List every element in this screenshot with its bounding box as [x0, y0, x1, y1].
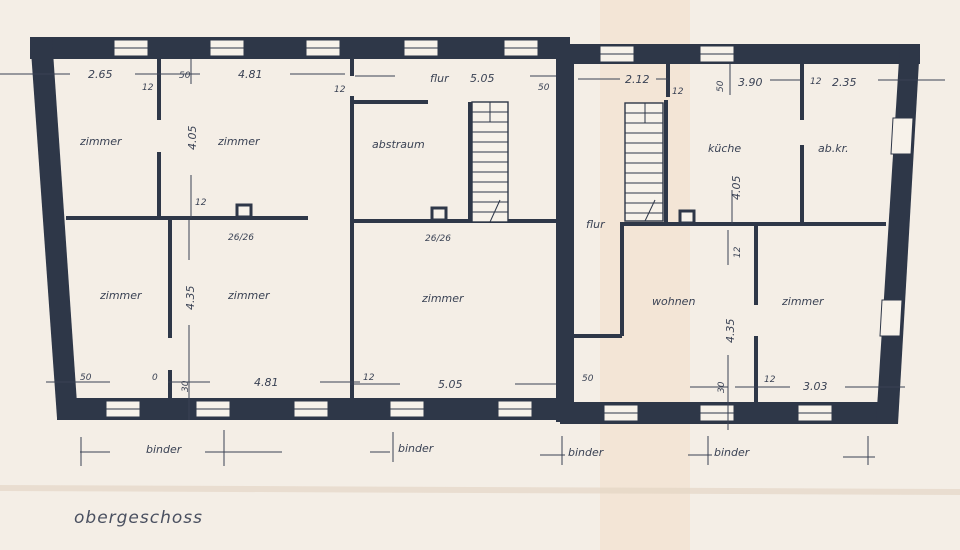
dim-east-bottom-30: 30 — [717, 381, 727, 393]
dim-east-wall-12: 12 — [810, 77, 822, 87]
dim-east-height-upper: 4.05 — [730, 176, 743, 201]
dim-east-bottom-50: 50 — [582, 374, 594, 384]
beam-label: binder — [398, 442, 435, 455]
stairs-west — [472, 102, 508, 222]
dim-east-height-lower: 4.35 — [724, 319, 737, 344]
floor-plan: zimmer zimmer abstraum zimmer zimmer zim… — [0, 0, 960, 550]
room-label-zimmer-sw-large: zimmer — [227, 289, 271, 302]
dim-flur-wall-50: 50 — [538, 83, 550, 93]
room-label-zimmer-sw-small: zimmer — [99, 289, 143, 302]
dim-east-bottom-12: 12 — [764, 375, 776, 385]
paper-fold — [0, 488, 960, 492]
dim-top-mid-width: 4.81 — [238, 68, 263, 81]
room-label-wohnen: wohnen — [652, 295, 695, 308]
dim-bottom-mid-wall: 12 — [363, 373, 375, 383]
dim-west-height-lower: 4.35 — [184, 286, 197, 311]
beam-label: binder — [568, 446, 605, 459]
dim-flur-width: 5.05 — [470, 72, 495, 85]
dim-top-wall-50: 50 — [179, 71, 191, 81]
room-label-kueche: küche — [708, 142, 741, 155]
dim-east-bottom-width: 3.03 — [803, 380, 828, 393]
beam-label: binder — [714, 446, 751, 459]
dim-bottom-mid-width: 4.81 — [254, 376, 279, 389]
dim-bottom-s-width: 5.05 — [438, 378, 463, 391]
dim-chimney-a: 26/26 — [228, 233, 254, 243]
room-label-zimmer-s-mid: zimmer — [421, 292, 465, 305]
room-label-zimmer-se: zimmer — [781, 295, 825, 308]
room-label-zimmer-nw-large: zimmer — [217, 135, 261, 148]
dim-east-kueche-width: 3.90 — [738, 76, 763, 89]
dim-bottom-left-0: 0 — [152, 373, 158, 383]
dim-top-mid-wall: 12 — [334, 85, 346, 95]
room-label-abstellraum-east: ab.kr. — [818, 142, 849, 155]
dim-bottom-left-50: 50 — [80, 373, 92, 383]
dim-east-wall-12b: 12 — [733, 246, 743, 258]
dim-top-left-wall: 12 — [142, 83, 154, 93]
dim-west-wall-12: 12 — [195, 198, 207, 208]
stairs-east — [625, 103, 663, 221]
dim-bottom-wall-30: 30 — [181, 380, 191, 392]
room-label-flur-west: flur — [430, 72, 450, 85]
beam-label: binder — [146, 443, 183, 456]
dim-east-top-left: 2.12 — [625, 73, 650, 86]
dim-west-height-upper: 4.05 — [186, 126, 199, 151]
dim-chimney-b: 26/26 — [425, 234, 451, 244]
room-label-abstraum: abstraum — [372, 138, 425, 151]
room-label-flur-east: flur — [586, 218, 606, 231]
dim-top-left-width: 2.65 — [88, 68, 113, 81]
dim-east-top-50: 50 — [716, 80, 726, 92]
plan-title: obergeschoss — [74, 508, 203, 528]
dim-east-top-wall: 12 — [672, 87, 684, 97]
room-label-zimmer-nw-small: zimmer — [79, 135, 123, 148]
dim-east-ab-width: 2.35 — [832, 76, 857, 89]
